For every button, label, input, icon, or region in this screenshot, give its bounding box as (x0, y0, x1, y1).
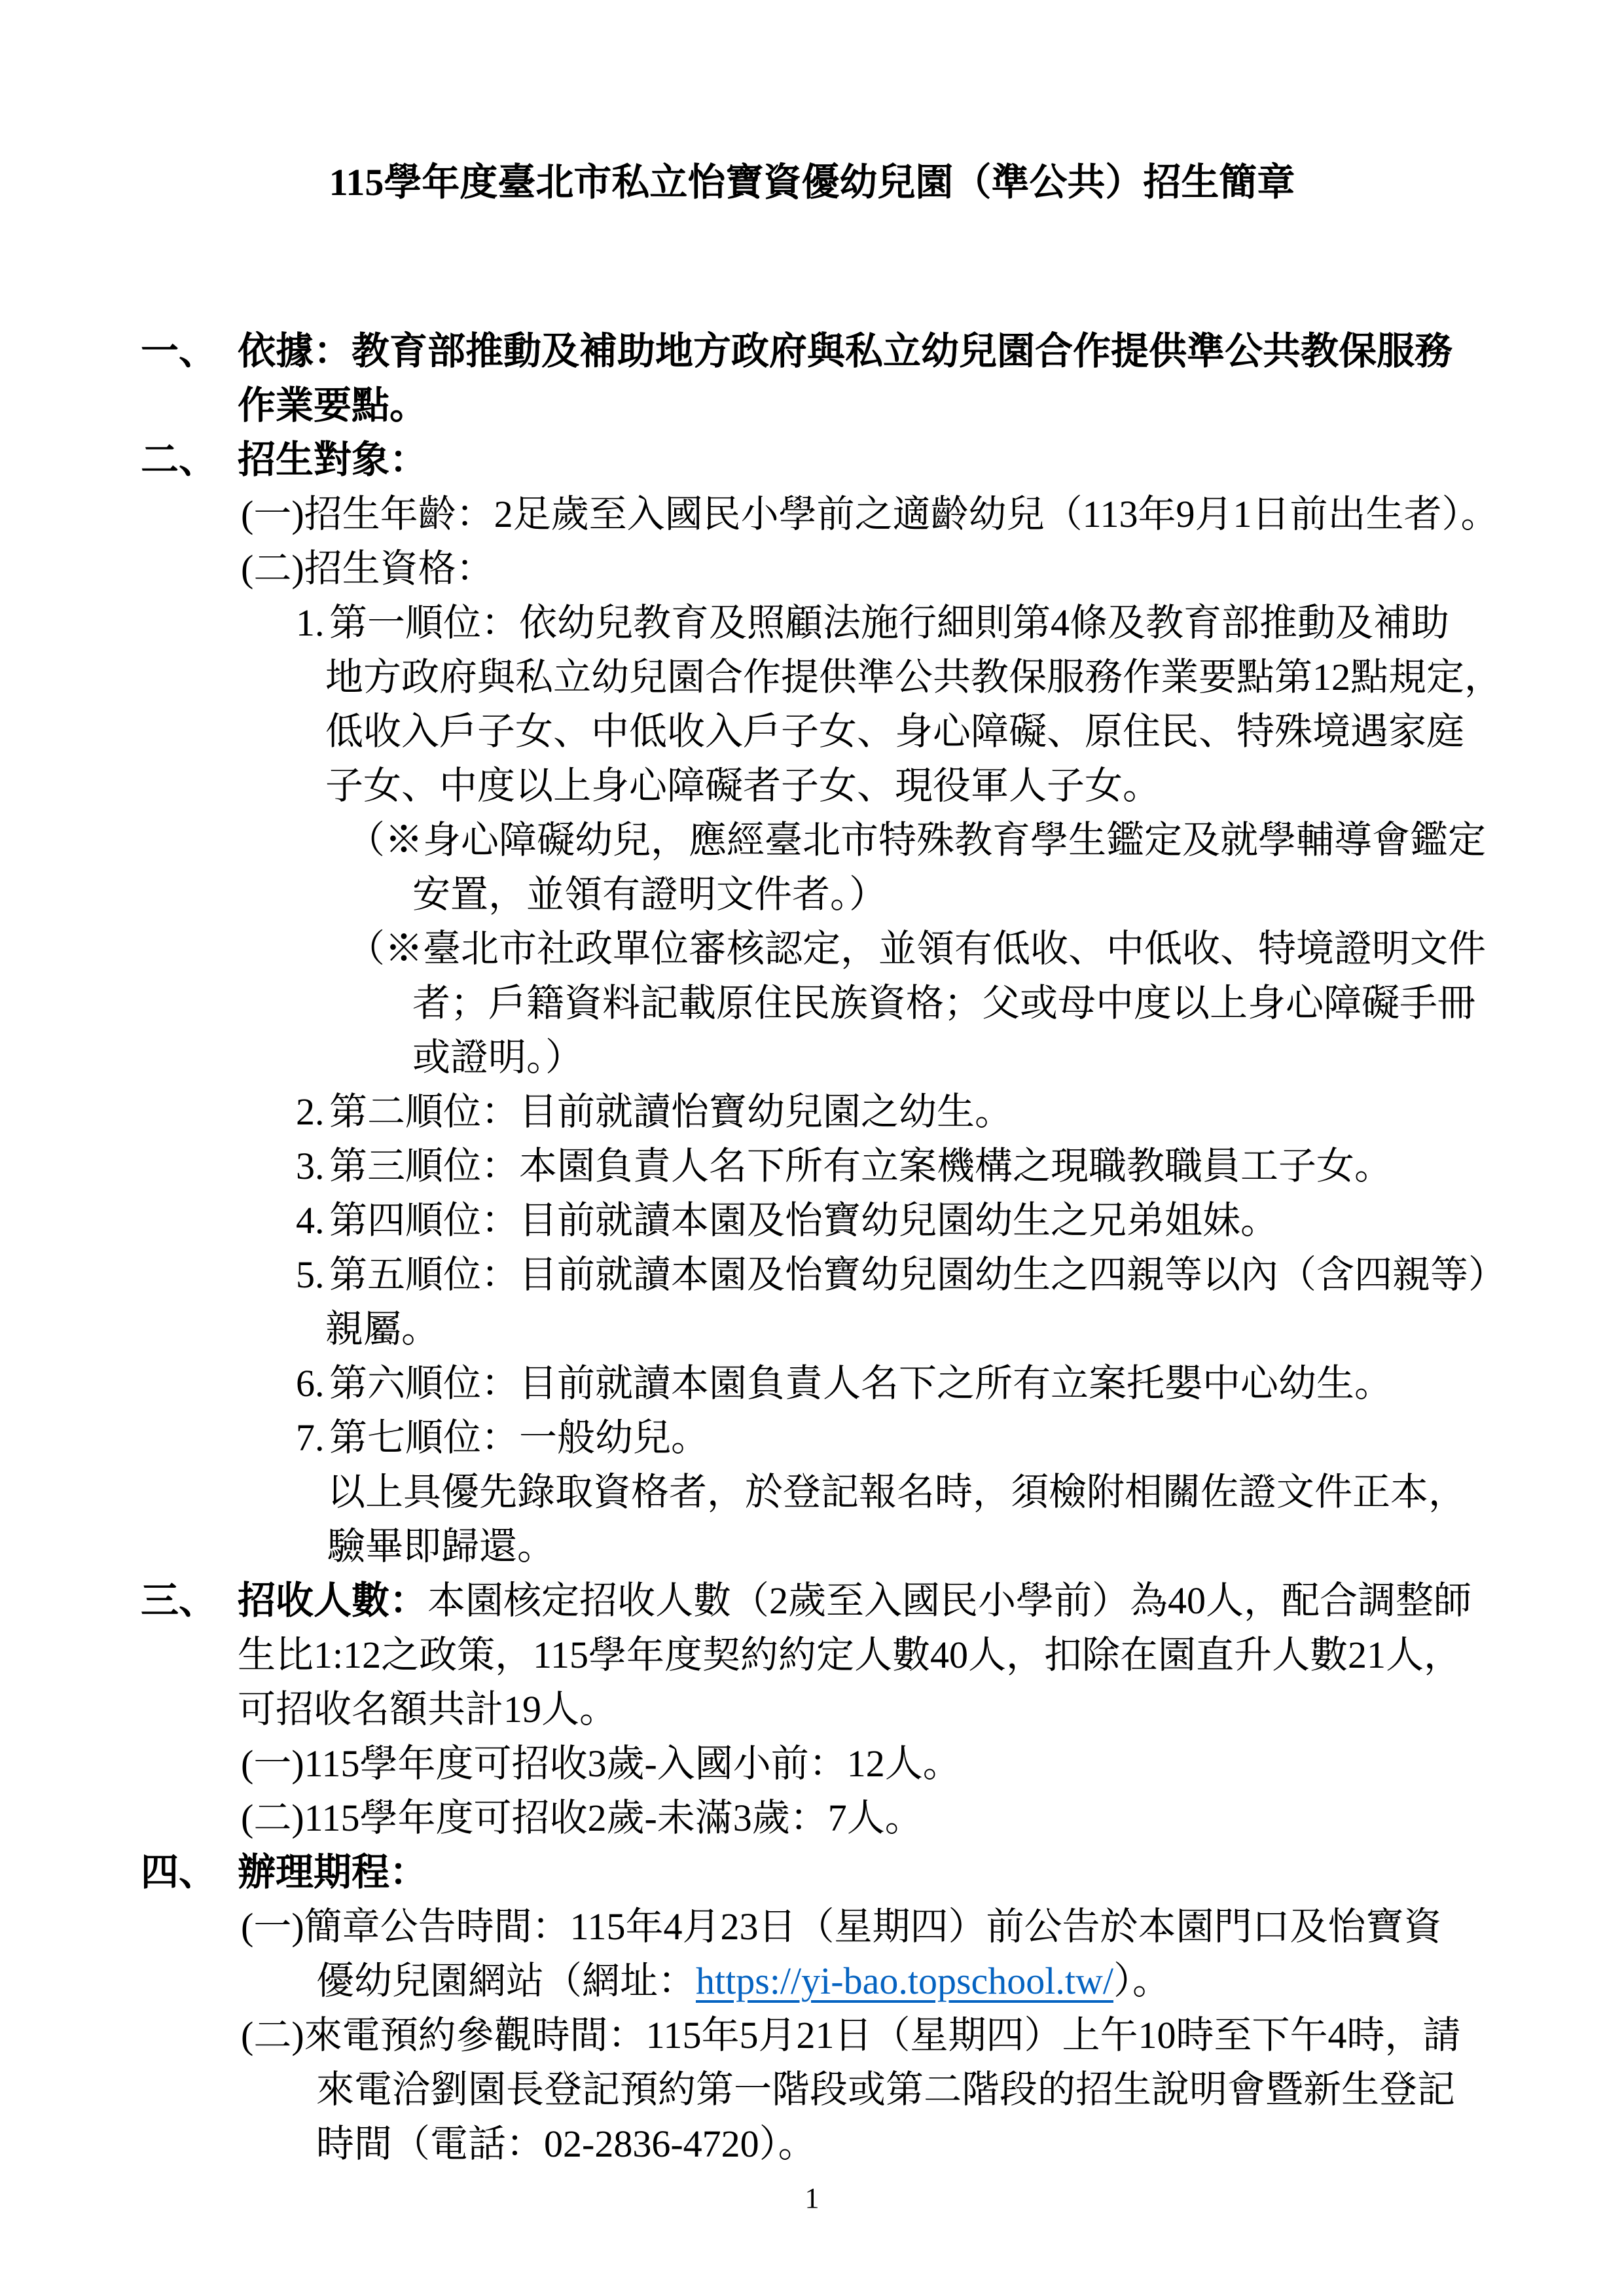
s4-item-1-line-1: (一)簡章公告時間：115年4月23日（星期四）前公告於本園門口及怡寶資 (141, 1899, 1548, 1954)
section-3-heading: 三、 招收人數：本園核定招收人數（2歲至入國民小學前）為40人，配合調整師 (141, 1573, 1548, 1628)
priority-5-number: 5. (296, 1247, 329, 1302)
document-title: 115學年度臺北市私立怡寶資優幼兒園（準公共）招生簡章 (0, 162, 1624, 203)
section-3-text: 招收人數：本園核定招收人數（2歲至入國民小學前）為40人，配合調整師 (238, 1573, 1471, 1628)
s2-closing-line-2: 驗畢即歸還。 (141, 1519, 1548, 1573)
priority-2-number: 2. (296, 1085, 329, 1139)
s2-item-1: (一)招生年齡：2足歲至入國民小學前之適齡幼兒（113年9月1日前出生者）。 (141, 487, 1548, 541)
section-2-heading: 二、 招生對象： (141, 433, 1548, 487)
priority-6-text: 第六順位：目前就讀本園負責人名下之所有立案托嬰中心幼生。 (329, 1356, 1392, 1410)
document-page: 115學年度臺北市私立怡寶資優幼兒園（準公共）招生簡章 一、 依據：教育部推動及… (0, 0, 1624, 2296)
s2-priority-5-line-2: 親屬。 (141, 1302, 1548, 1356)
s2-note-1-line-2: 安置，並領有證明文件者。） (141, 867, 1548, 922)
priority-3-text: 第三順位：本園負責人名下所有立案機構之現職教職員工子女。 (329, 1139, 1392, 1193)
section-2-heading-text: 招生對象： (238, 433, 427, 487)
priority-3-number: 3. (296, 1139, 329, 1193)
section-1-heading: 一、 依據：教育部推動及補助地方政府與私立幼兒園合作提供準公共教保服務 (141, 324, 1548, 378)
section-1-text: 依據：教育部推動及補助地方政府與私立幼兒園合作提供準公共教保服務 (238, 324, 1453, 378)
s4-item-2-line-2: 來電洽劉園長登記預約第一階段或第二階段的招生說明會暨新生登記 (141, 2062, 1548, 2117)
section-3-line-2: 生比1:12之政策，115學年度契約約定人數40人，扣除在園直升人數21人， (141, 1628, 1548, 1682)
priority-2-text: 第二順位：目前就讀怡寶幼兒園之幼生。 (329, 1085, 1013, 1139)
s2-priority-1-line-4: 子女、中度以上身心障礙者子女、現役軍人子女。 (141, 759, 1548, 813)
priority-4-text: 第四順位：目前就讀本園及怡寶幼兒園幼生之兄弟姐妹。 (329, 1193, 1278, 1247)
section-3-heading-label: 招收人數： (238, 1579, 427, 1622)
section-4-marker: 四、 (141, 1845, 238, 1899)
s2-item-2: (二)招生資格： (141, 541, 1548, 596)
s2-priority-3: 3. 第三順位：本園負責人名下所有立案機構之現職教職員工子女。 (141, 1139, 1548, 1193)
section-2-marker: 二、 (141, 433, 238, 487)
priority-1-text: 第一順位：依幼兒教育及照顧法施行細則第4條及教育部推動及補助 (329, 596, 1449, 650)
priority-6-number: 6. (296, 1356, 329, 1410)
priority-5-text: 第五順位：目前就讀本園及怡寶幼兒園幼生之四親等以內（含四親等） (329, 1247, 1506, 1302)
website-line-suffix: ）。 (1113, 1960, 1170, 2002)
priority-7-number: 7. (296, 1410, 329, 1465)
page-number: 1 (0, 2182, 1624, 2215)
s2-priority-2: 2. 第二順位：目前就讀怡寶幼兒園之幼生。 (141, 1085, 1548, 1139)
section-4-heading: 四、 辦理期程： (141, 1845, 1548, 1899)
s2-note-2-line-2: 者；戶籍資料記載原住民族資格；父或母中度以上身心障礙手冊 (141, 976, 1548, 1030)
s2-priority-4: 4. 第四順位：目前就讀本園及怡寶幼兒園幼生之兄弟姐妹。 (141, 1193, 1548, 1247)
school-website-link[interactable]: https://yi-bao.topschool.tw/ (696, 1960, 1113, 2002)
s2-priority-1-line-3: 低收入戶子女、中低收入戶子女、身心障礙、原住民、特殊境遇家庭 (141, 704, 1548, 759)
s2-note-2-line-1: （※臺北市社政單位審核認定，並領有低收、中低收、特境證明文件 (141, 922, 1548, 976)
priority-4-number: 4. (296, 1193, 329, 1247)
s4-item-2-line-1: (二)來電預約參觀時間：115年5月21日（星期四）上午10時至下午4時，請 (141, 2008, 1548, 2062)
s2-priority-6: 6. 第六順位：目前就讀本園負責人名下之所有立案托嬰中心幼生。 (141, 1356, 1548, 1410)
document-body: 一、 依據：教育部推動及補助地方政府與私立幼兒園合作提供準公共教保服務 作業要點… (141, 324, 1548, 2171)
priority-1-number: 1. (296, 596, 329, 650)
section-1-text-cont: 作業要點。 (141, 378, 1548, 433)
s2-priority-7: 7. 第七順位：一般幼兒。 (141, 1410, 1548, 1465)
section-3-line-3: 可招收名額共計19人。 (141, 1682, 1548, 1736)
s2-priority-1-line-2: 地方政府與私立幼兒園合作提供準公共教保服務作業要點第12點規定， (141, 650, 1548, 704)
s2-note-2-line-3: 或證明。） (141, 1030, 1548, 1085)
website-line-prefix: 優幼兒園網站（網址： (316, 1960, 696, 2002)
section-3-marker: 三、 (141, 1573, 238, 1628)
s2-note-1-line-1: （※身心障礙幼兒，應經臺北市特殊教育學生鑑定及就學輔導會鑑定 (141, 813, 1548, 867)
section-3-line-1-rest: 本園核定招收人數（2歲至入國民小學前）為40人，配合調整師 (427, 1579, 1471, 1622)
s3-item-1: (一)115學年度可招收3歲-入國小前：12人。 (141, 1736, 1548, 1791)
s2-priority-5-line-1: 5. 第五順位：目前就讀本園及怡寶幼兒園幼生之四親等以內（含四親等） (141, 1247, 1548, 1302)
s3-item-2: (二)115學年度可招收2歲-未滿3歲：7人。 (141, 1791, 1548, 1845)
s4-item-2-line-3: 時間（電話：02-2836-4720）。 (141, 2117, 1548, 2171)
s4-item-1-line-2: 優幼兒園網站（網址：https://yi-bao.topschool.tw/）。 (141, 1954, 1548, 2008)
section-1-marker: 一、 (141, 324, 238, 378)
section-4-heading-text: 辦理期程： (238, 1845, 427, 1899)
priority-7-text: 第七順位：一般幼兒。 (329, 1410, 709, 1465)
s2-priority-1-line-1: 1. 第一順位：依幼兒教育及照顧法施行細則第4條及教育部推動及補助 (141, 596, 1548, 650)
s2-closing-line-1: 以上具優先錄取資格者，於登記報名時，須檢附相關佐證文件正本， (141, 1465, 1548, 1519)
